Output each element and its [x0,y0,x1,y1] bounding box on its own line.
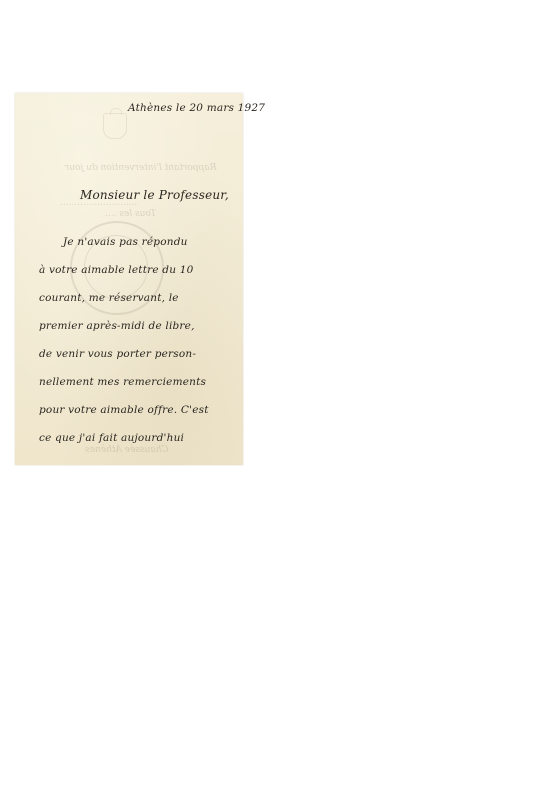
letter-date: Athènes le 20 mars 1927 [128,102,265,114]
letter-page: Rapportant l'intervention du jour ......… [15,93,243,465]
letter-line: de venir vous porter person- [39,348,196,360]
letter-line: pour votre aimable offre. C'est [39,404,209,416]
letter-line: Je n'avais pas répondu [63,236,188,248]
letter-line: ce que j'ai fait aujourd'hui [39,432,184,444]
letter-line: premier après-midi de libre, [39,320,195,332]
embossed-crest-icon [103,113,127,139]
bleed-through-text: Chaussée Athènes [85,445,168,455]
bleed-through-text: Tous les .... [105,209,156,219]
letter-salutation: Monsieur le Professeur, [80,188,229,202]
letter-line: courant, me réservant, le [39,292,179,304]
letter-line: nellement mes remerciements [39,376,206,388]
bleed-through-text: Rapportant l'intervention du jour [65,163,217,173]
letter-line: à votre aimable lettre du 10 [39,264,193,276]
